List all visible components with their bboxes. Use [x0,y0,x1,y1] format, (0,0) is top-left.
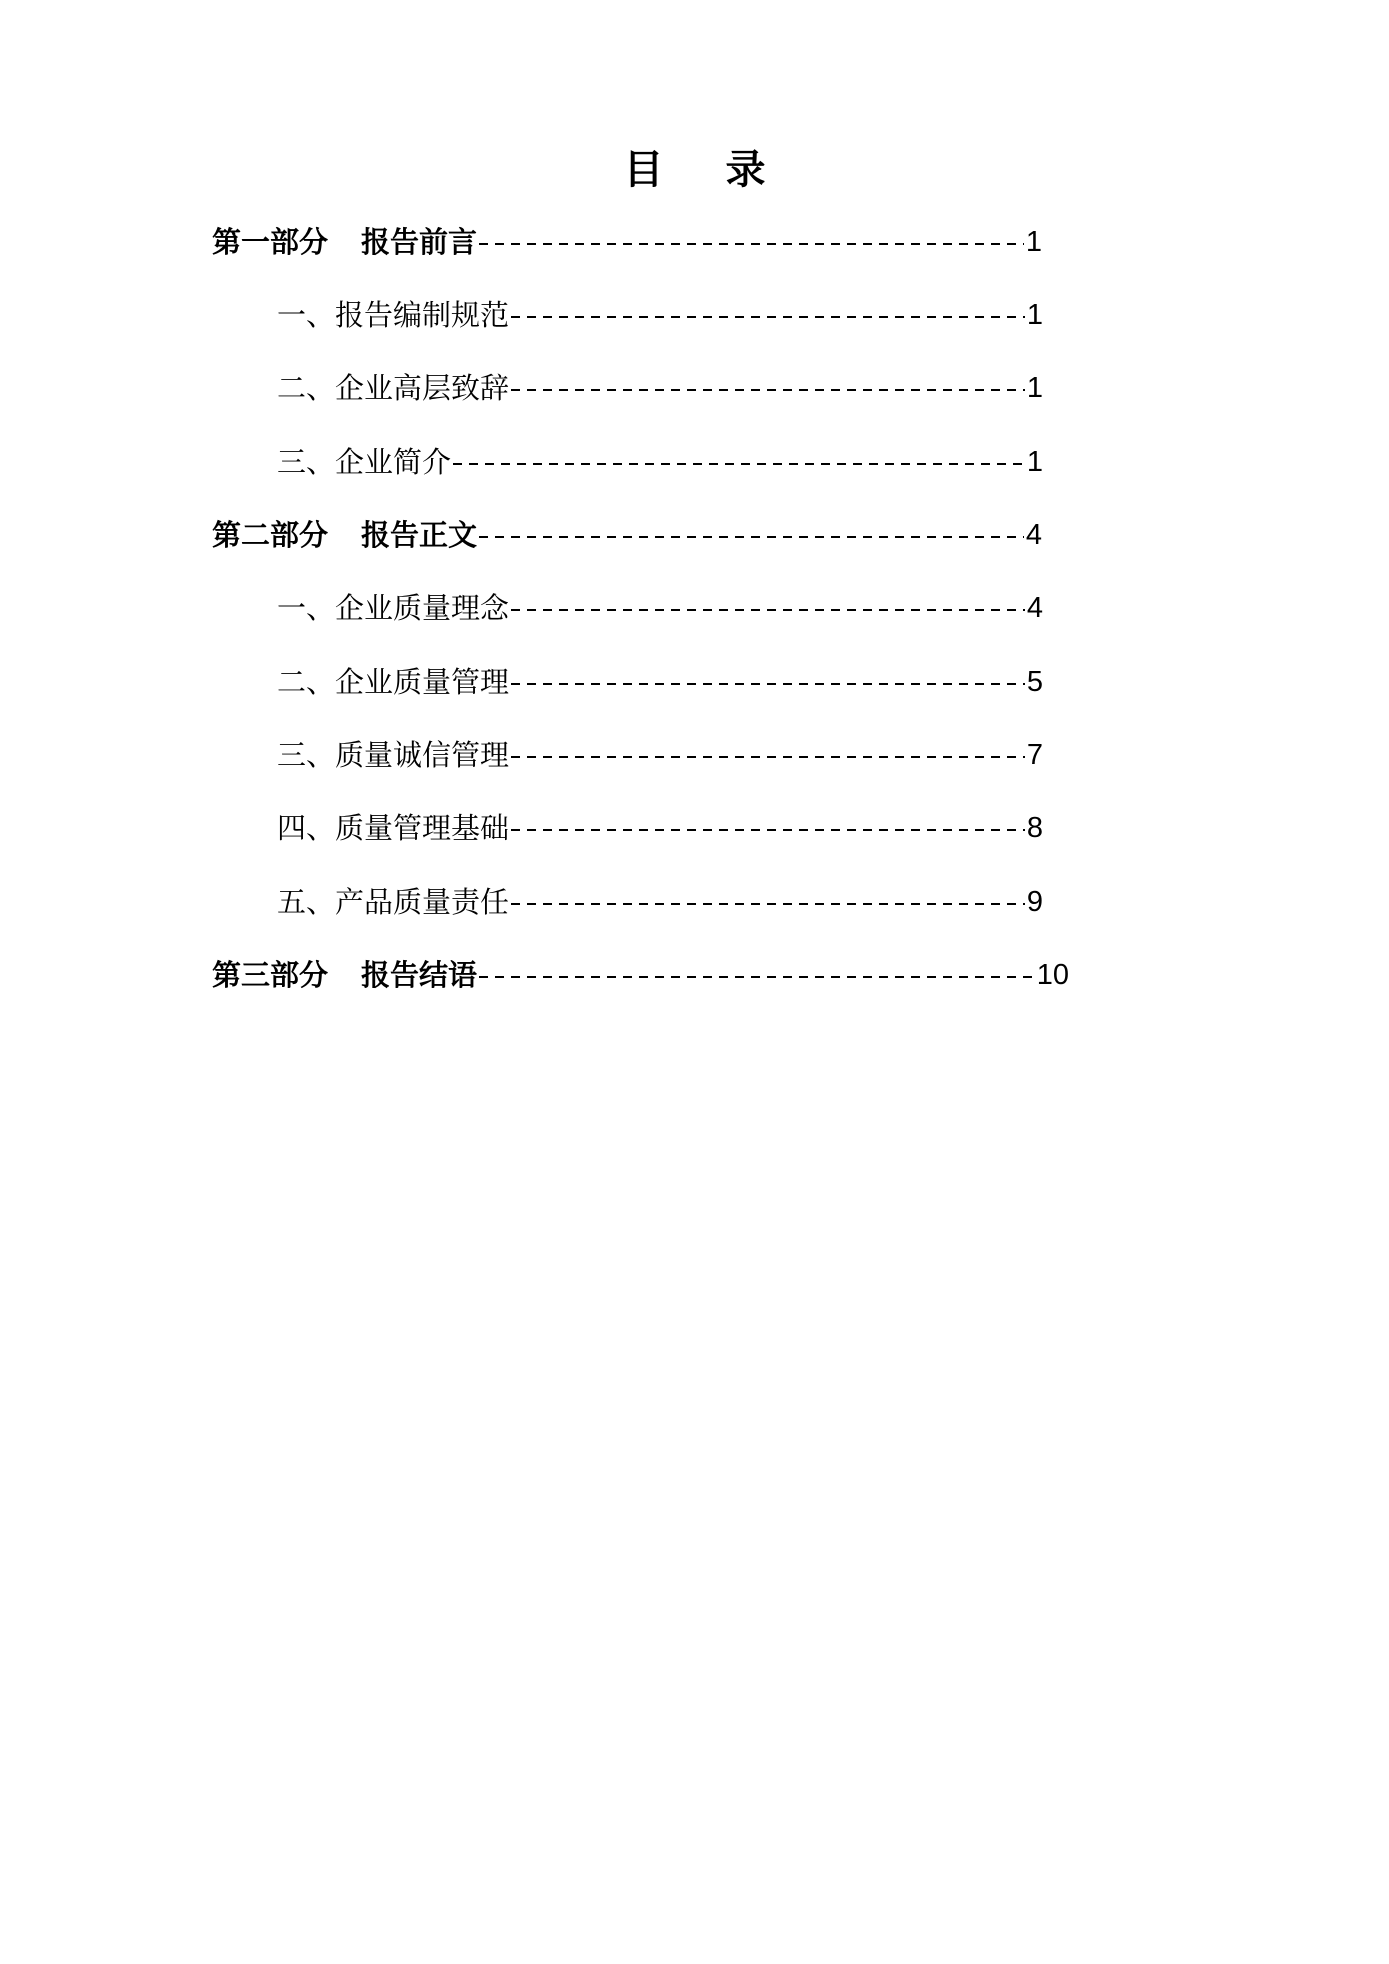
toc-dot-leader [511,829,1025,831]
toc-dot-leader [511,316,1025,318]
toc-part-number: 第三部分 [212,953,328,997]
toc-entry-report-standards[interactable]: 一、报告编制规范 1 [277,293,1043,337]
toc-dot-leader [453,463,1025,465]
toc-page-number: 9 [1027,880,1043,924]
toc-dot-leader [479,536,1024,538]
toc-entry-label: 第一部分报告前言 [212,220,477,264]
toc-dot-leader [479,976,1035,978]
toc-part-title: 报告前言 [361,225,477,259]
toc-page-number: 7 [1027,733,1043,777]
toc-dot-leader [479,243,1024,245]
toc-page-number: 5 [1027,660,1043,704]
toc-page-number: 4 [1026,513,1042,557]
toc-dot-leader [511,683,1025,685]
toc-entry-label: 三、企业简介 [277,440,451,484]
toc-page-number: 10 [1037,953,1069,997]
toc-entry-part-1[interactable]: 第一部分报告前言 1 [212,220,1042,264]
toc-part-title: 报告正文 [361,518,477,552]
toc-entry-label: 一、报告编制规范 [277,293,509,337]
toc-entry-label: 第三部分报告结语 [212,953,477,997]
toc-page-number: 8 [1027,806,1043,850]
toc-entry-quality-philosophy[interactable]: 一、企业质量理念 4 [277,586,1043,630]
toc-dot-leader [511,756,1025,758]
toc-entry-part-3[interactable]: 第三部分报告结语 10 [212,953,1069,997]
toc-page-number: 1 [1027,440,1043,484]
toc-part-title: 报告结语 [361,958,477,992]
toc-part-number: 第一部分 [212,220,328,264]
toc-entry-quality-foundation[interactable]: 四、质量管理基础 8 [277,806,1043,850]
toc-dot-leader [511,903,1025,905]
toc-page-number: 4 [1027,586,1043,630]
toc-page-number: 1 [1027,293,1043,337]
toc-title: 目 录 [0,142,1389,198]
document-page: 目 录 第一部分报告前言 1 一、报告编制规范 1 二、企业高层致辞 1 三、企… [0,0,1389,1964]
toc-entry-quality-integrity[interactable]: 三、质量诚信管理 7 [277,733,1043,777]
toc-entry-quality-management[interactable]: 二、企业质量管理 5 [277,660,1043,704]
toc-entry-label: 二、企业质量管理 [277,660,509,704]
toc-page-number: 1 [1026,220,1042,264]
toc-dot-leader [511,389,1025,391]
toc-entry-part-2[interactable]: 第二部分报告正文 4 [212,513,1042,557]
toc-dot-leader [511,609,1025,611]
toc-entry-label: 五、产品质量责任 [277,880,509,924]
toc-entry-company-profile[interactable]: 三、企业简介 1 [277,440,1043,484]
toc-entry-label: 四、质量管理基础 [277,806,509,850]
toc-entry-label: 一、企业质量理念 [277,586,509,630]
toc-entry-product-responsibility[interactable]: 五、产品质量责任 9 [277,880,1043,924]
toc-entry-label: 第二部分报告正文 [212,513,477,557]
toc-entry-executive-address[interactable]: 二、企业高层致辞 1 [277,366,1043,410]
toc-entry-label: 三、质量诚信管理 [277,733,509,777]
toc-part-number: 第二部分 [212,513,328,557]
toc-entry-label: 二、企业高层致辞 [277,366,509,410]
toc-page-number: 1 [1027,366,1043,410]
